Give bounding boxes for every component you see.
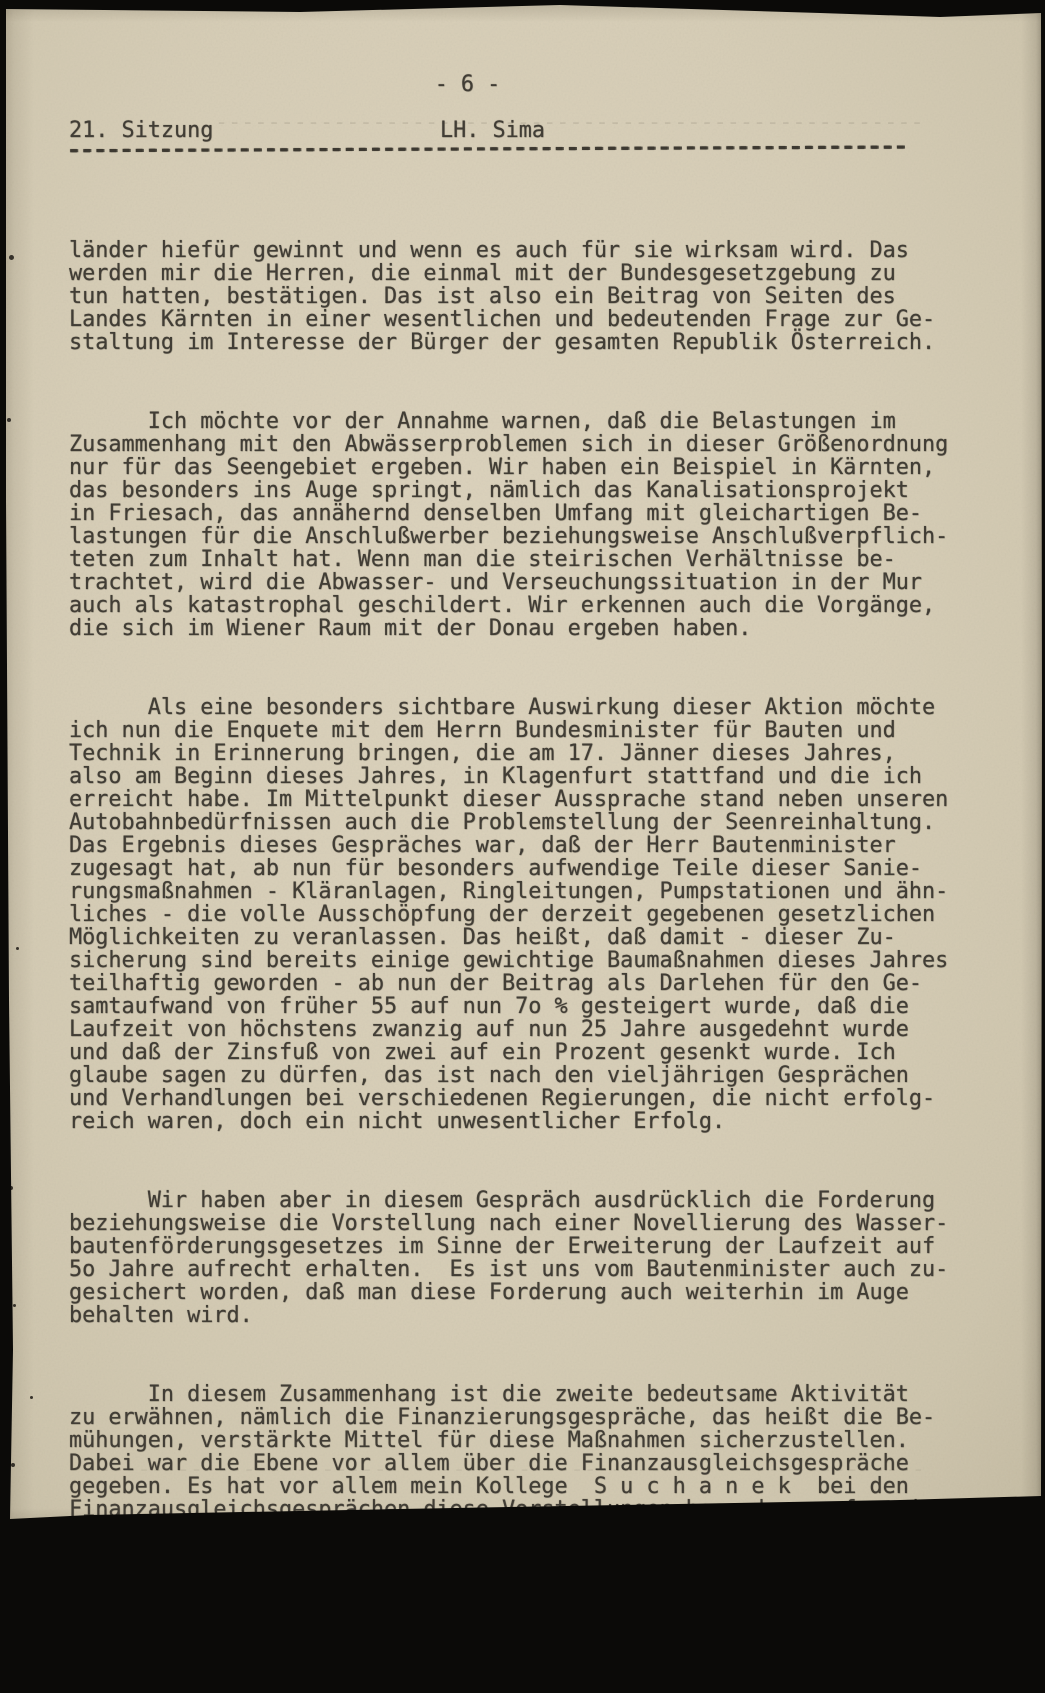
ink-speck-icon xyxy=(30,1396,33,1399)
bottom-ghost-dashes-icon: ----------------------------------------… xyxy=(85,1458,985,1481)
page-number: - 6 - xyxy=(0,73,935,96)
ink-speck-icon xyxy=(16,947,19,950)
header-divider: ----------------------------------------… xyxy=(67,135,907,162)
document-body: länder hiefür gewinnt und wenn es auch f… xyxy=(69,193,979,1542)
paper-sheet: - 6 - ----------------------------------… xyxy=(0,0,1045,1542)
ink-speck-icon xyxy=(7,418,11,422)
header-ghost-dashes-icon: ----------------------------------------… xyxy=(215,111,923,134)
ink-speck-icon xyxy=(11,1463,15,1467)
scan-background: { "page": { "number_label": "- 6 -", "se… xyxy=(0,0,1045,1542)
paragraph: Als eine besonders sichtbare Auswirkung … xyxy=(69,696,979,1133)
paragraph: Wir haben aber in diesem Gespräch ausdrü… xyxy=(69,1189,979,1327)
ink-speck-icon xyxy=(13,1304,16,1307)
paragraph: länder hiefür gewinnt und wenn es auch f… xyxy=(69,239,979,354)
ink-speck-icon xyxy=(9,255,14,260)
ink-speck-icon xyxy=(9,1186,13,1190)
paragraph: Ich möchte vor der Annahme warnen, daß d… xyxy=(69,410,979,640)
